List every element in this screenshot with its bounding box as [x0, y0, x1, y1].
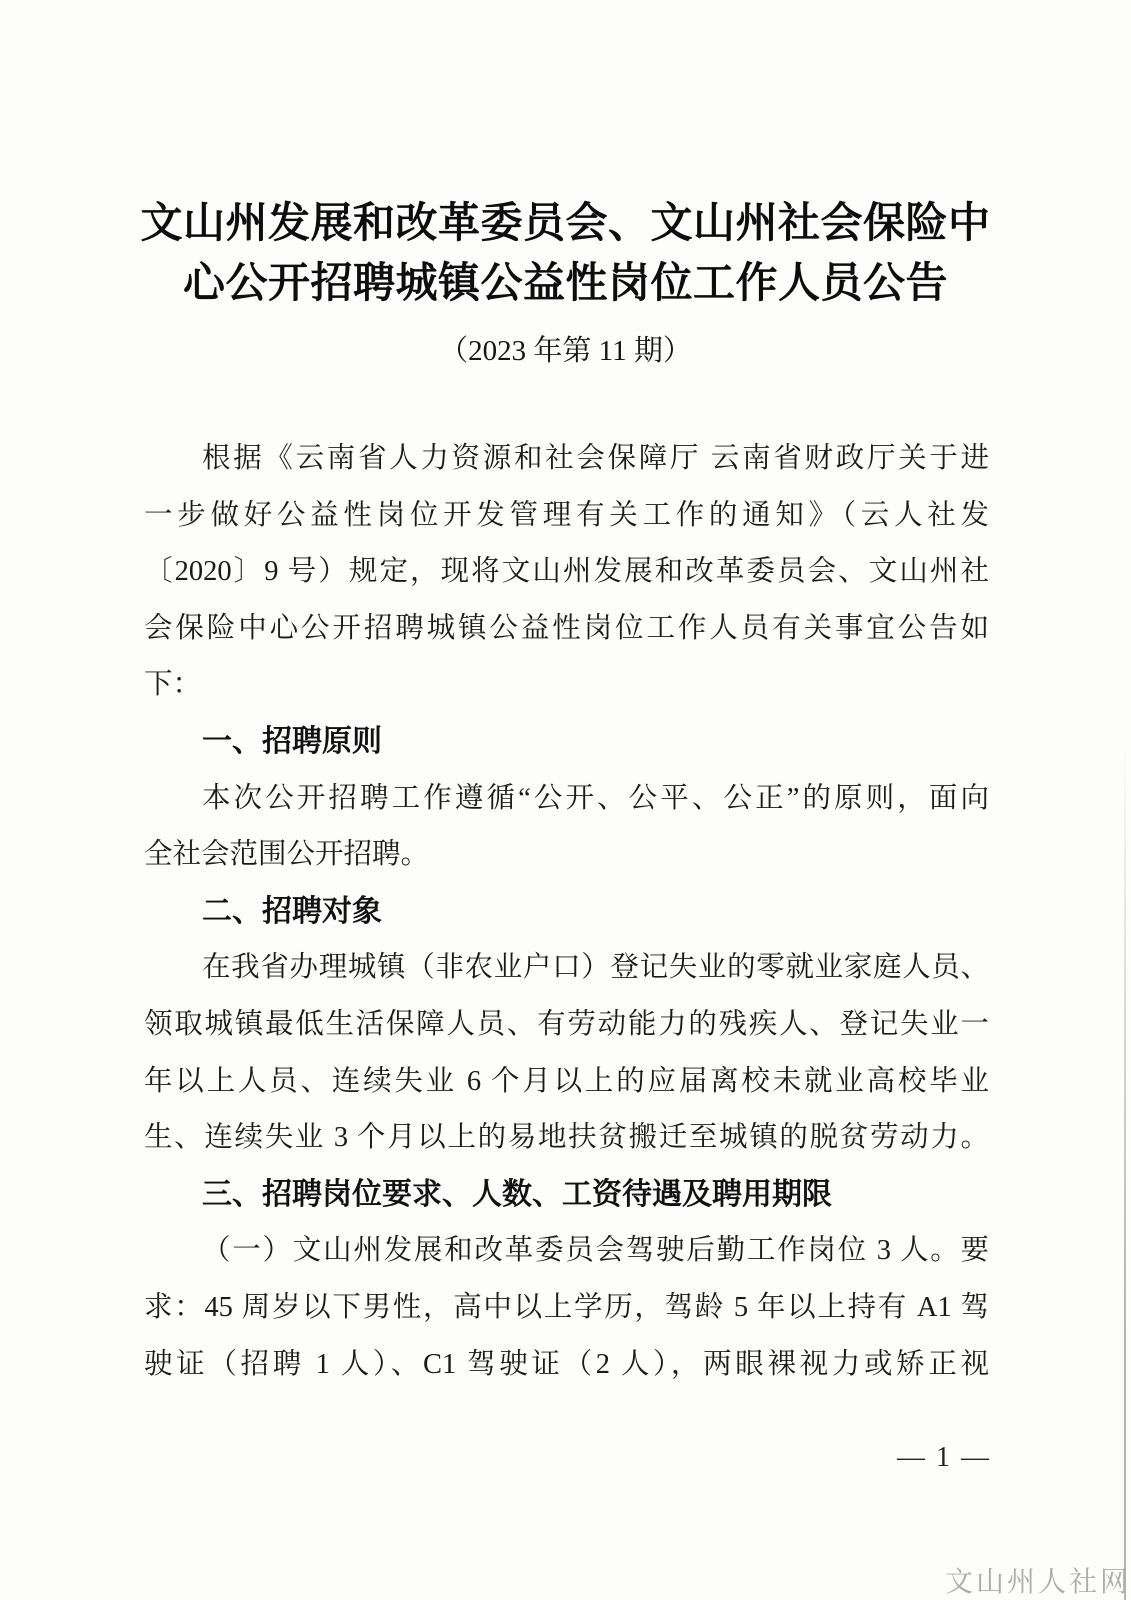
- body-line: 本次公开招聘工作遵循“公开、公平、公正”的原则，面向: [144, 771, 989, 828]
- document-body: 根据《云南省人力资源和社会保障厅 云南省财政厅关于进 一步做好公益性岗位开发管理…: [144, 431, 989, 1393]
- body-line: 在我省办理城镇（非农业户口）登记失业的零就业家庭人员、: [144, 940, 989, 997]
- section-heading-3: 三、招聘岗位要求、人数、工资待遇及聘用期限: [144, 1167, 989, 1224]
- body-line: 驶证（招聘 1 人）、C1 驾驶证（2 人），两眼裸视力或矫正视: [144, 1337, 989, 1394]
- body-line: 领取城镇最低生活保障人员、有劳动能力的残疾人、登记失业一: [144, 997, 989, 1054]
- section-heading-1: 一、招聘原则: [144, 714, 989, 771]
- section-heading-2: 二、招聘对象: [144, 884, 989, 941]
- body-line: 全社会范围公开招聘。: [144, 827, 989, 884]
- issue-number: （2023 年第 11 期）: [0, 331, 1131, 371]
- intro-line: 〔2020〕9 号）规定，现将文山州发展和改革委员会、文山州社: [144, 544, 989, 601]
- body-line: 求：45 周岁以下男性，高中以上学历，驾龄 5 年以上持有 A1 驾: [144, 1280, 989, 1337]
- body-line: 生、连续失业 3 个月以上的易地扶贫搬迁至城镇的脱贫劳动力。: [144, 1110, 989, 1167]
- document-title: 文山州发展和改革委员会、文山州社会保险中心公开招聘城镇公益性岗位工作人员公告: [130, 194, 1002, 314]
- site-watermark: 文山州人社网: [945, 1566, 1131, 1600]
- body-line: 年以上人员、连续失业 6 个月以上的应届离校未就业高校毕业: [144, 1054, 989, 1111]
- body-line: （一）文山州发展和改革委员会驾驶后勤工作岗位 3 人。要: [144, 1223, 989, 1280]
- intro-line: 下：: [144, 657, 989, 714]
- scan-edge-line: [1124, 735, 1126, 1600]
- intro-line: 一步做好公益性岗位开发管理有关工作的通知》（云人社发: [144, 488, 989, 545]
- intro-line: 根据《云南省人力资源和社会保障厅 云南省财政厅关于进: [144, 431, 989, 488]
- page-number: — 1 —: [897, 1438, 991, 1478]
- document-page: 文山州发展和改革委员会、文山州社会保险中心公开招聘城镇公益性岗位工作人员公告 （…: [0, 0, 1131, 1600]
- intro-line: 会保险中心公开招聘城镇公益性岗位工作人员有关事宜公告如: [144, 601, 989, 658]
